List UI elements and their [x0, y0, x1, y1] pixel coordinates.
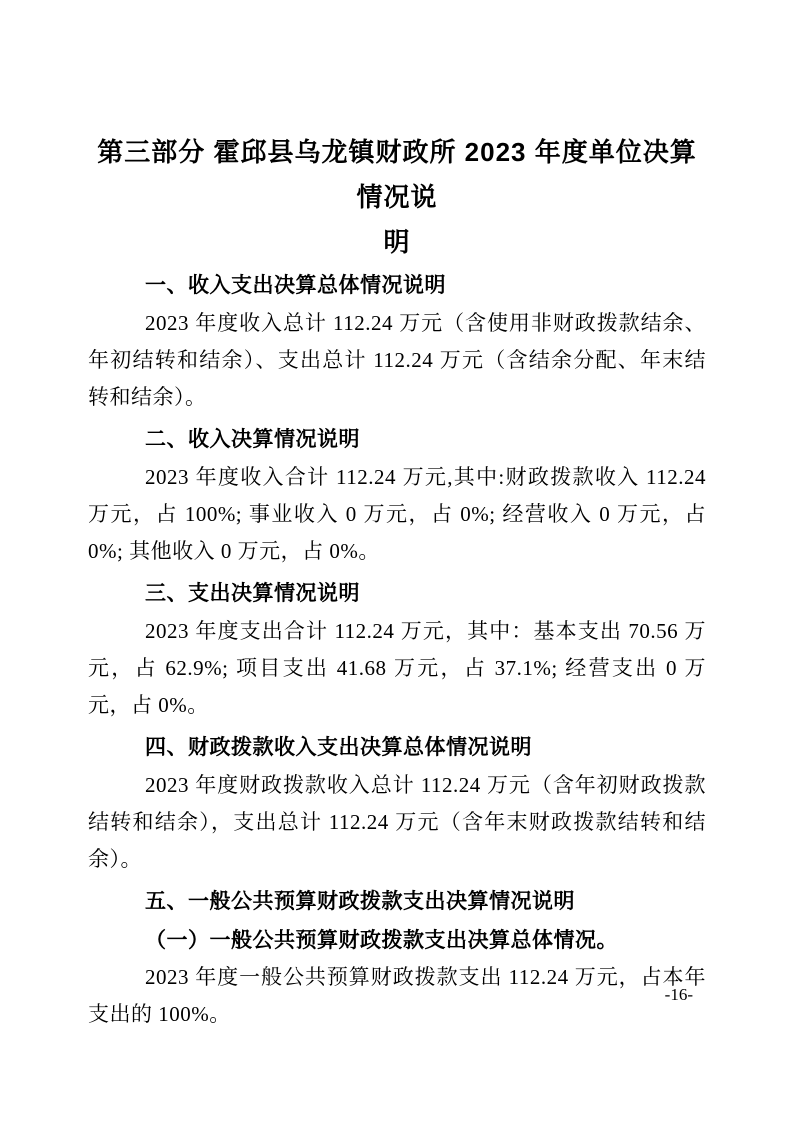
section-1-paragraph: 2023 年度收入总计 112.24 万元（含使用非财政拨款结余、年初结转和结余… [88, 305, 706, 416]
document-page: 第三部分 霍邱县乌龙镇财政所 2023 年度单位决算情况说 明 一、收入支出决算… [0, 0, 793, 1122]
section-5-heading: 五、一般公共预算财政拨款支出决算情况说明 [88, 883, 706, 921]
section-3-paragraph: 2023 年度支出合计 112.24 万元，其中：基本支出 70.56 万元，占… [88, 613, 706, 724]
section-1-heading: 一、收入支出决算总体情况说明 [88, 267, 706, 305]
section-fiscal-appropriation-overview: 四、财政拨款收入支出决算总体情况说明 2023 年度财政拨款收入总计 112.2… [88, 729, 706, 878]
section-income-expenditure-overview: 一、收入支出决算总体情况说明 2023 年度收入总计 112.24 万元（含使用… [88, 267, 706, 416]
section-4-paragraph: 2023 年度财政拨款收入总计 112.24 万元（含年初财政拨款结转和结余），… [88, 767, 706, 878]
section-4-heading: 四、财政拨款收入支出决算总体情况说明 [88, 729, 706, 767]
document-title: 第三部分 霍邱县乌龙镇财政所 2023 年度单位决算情况说 明 [88, 130, 706, 265]
document-title-line-2: 明 [88, 220, 706, 265]
section-5-subheading: （一）一般公共预算财政拨款支出决算总体情况。 [88, 921, 706, 959]
section-2-paragraph: 2023 年度收入合计 112.24 万元,其中:财政拨款收入 112.24 万… [88, 459, 706, 570]
section-general-public-budget-expenditure: 五、一般公共预算财政拨款支出决算情况说明 （一）一般公共预算财政拨款支出决算总体… [88, 883, 706, 1033]
section-expenditure-final-accounts: 三、支出决算情况说明 2023 年度支出合计 112.24 万元，其中：基本支出… [88, 575, 706, 724]
section-income-final-accounts: 二、收入决算情况说明 2023 年度收入合计 112.24 万元,其中:财政拨款… [88, 421, 706, 570]
document-title-line-1: 第三部分 霍邱县乌龙镇财政所 2023 年度单位决算情况说 [88, 130, 706, 220]
section-3-heading: 三、支出决算情况说明 [88, 575, 706, 613]
section-2-heading: 二、收入决算情况说明 [88, 421, 706, 459]
page-number: -16- [0, 985, 793, 1005]
